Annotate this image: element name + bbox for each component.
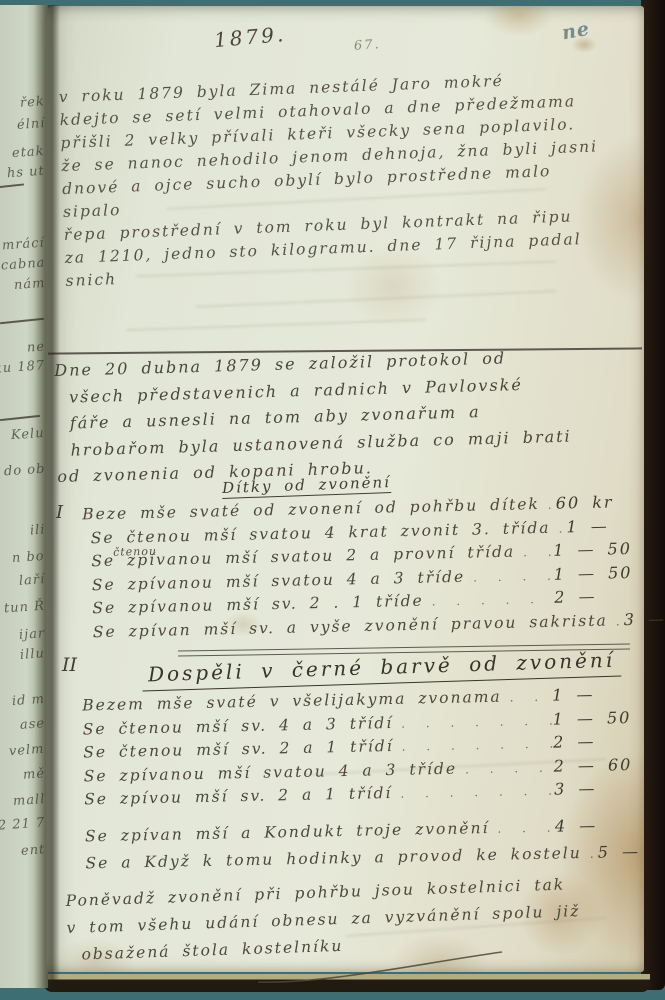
fee-price: 3 — bbox=[623, 606, 665, 631]
leader-dots: . . . . . . . . . . . . . . . . . . . . … bbox=[489, 816, 555, 840]
leader-dots: . . . . . . . . . . . . . . . . . . . . … bbox=[550, 517, 567, 540]
fee-price: 1 — 50 bbox=[553, 537, 626, 562]
pencil-note: ne bbox=[560, 18, 591, 45]
fee-price: 1 — bbox=[566, 513, 639, 538]
fee-price: 60 kr bbox=[556, 490, 629, 515]
section2-numeral: II bbox=[62, 654, 77, 676]
fee-label: Se a Když k tomu hodinky a provod ke kos… bbox=[85, 842, 582, 875]
chronicle-paragraph: v roku 1879 byla Zima nestálé Jaro mokré… bbox=[58, 66, 621, 293]
leader-dots: . . . . . . . . . . . . . . . . . . . . … bbox=[501, 686, 552, 710]
leader-dots: . . . . . . . . . . . . . . . . . . . . … bbox=[515, 541, 554, 565]
protocol-paragraph: Dne 20 dubna 1879 se založil protokol od… bbox=[54, 342, 623, 490]
leader-dots: . . . . . . . . . . . . . . . . . . . . … bbox=[607, 610, 624, 633]
leader-dots: . . . . . . . . . . . . . . . . . . . . … bbox=[392, 780, 554, 806]
fee-label: Se zpívan mší a Kondukt troje zvonění bbox=[85, 816, 490, 847]
page-gutter-shadow bbox=[34, 5, 60, 988]
fee-price: 3 — bbox=[554, 776, 626, 801]
fee-price: 1 — 50 bbox=[553, 561, 626, 586]
fee-price: 5 — bbox=[597, 839, 665, 864]
pen-flourish bbox=[256, 950, 506, 986]
bleedthrough-mark bbox=[196, 290, 556, 307]
fee-correction: čtenou bbox=[113, 540, 157, 564]
manuscript-page: 1879. 67. ne v roku 1879 byla Zima nestá… bbox=[46, 6, 644, 972]
fee-price: 2 — 60 bbox=[553, 753, 625, 778]
leader-dots: . . . . . . . . . . . . . . . . . . . . … bbox=[540, 494, 557, 517]
section2-fee-list: Bezem mše svaté v všelijakyma zvonama . … bbox=[56, 682, 628, 875]
year-heading: 1879. bbox=[213, 23, 287, 52]
fee-price: 1 — bbox=[552, 682, 624, 707]
page-number: 67. bbox=[353, 33, 381, 58]
leader-dots: . . . . . . . . . . . . . . . . . . . . … bbox=[582, 843, 598, 866]
fee-price: 1 — 50 bbox=[552, 706, 624, 731]
fee-price: 2 — bbox=[553, 729, 625, 754]
fee-label: Se zpívou mší sv. 2 a 1 třídí bbox=[84, 782, 393, 811]
left-page-rule bbox=[0, 183, 24, 188]
fee-price: 2 — bbox=[554, 584, 627, 609]
bleedthrough-mark bbox=[126, 319, 426, 331]
section1-fee-list: Beze mše svaté od zvonení od pohřbu díte… bbox=[56, 490, 627, 644]
fee-price: 4 — bbox=[555, 813, 627, 838]
